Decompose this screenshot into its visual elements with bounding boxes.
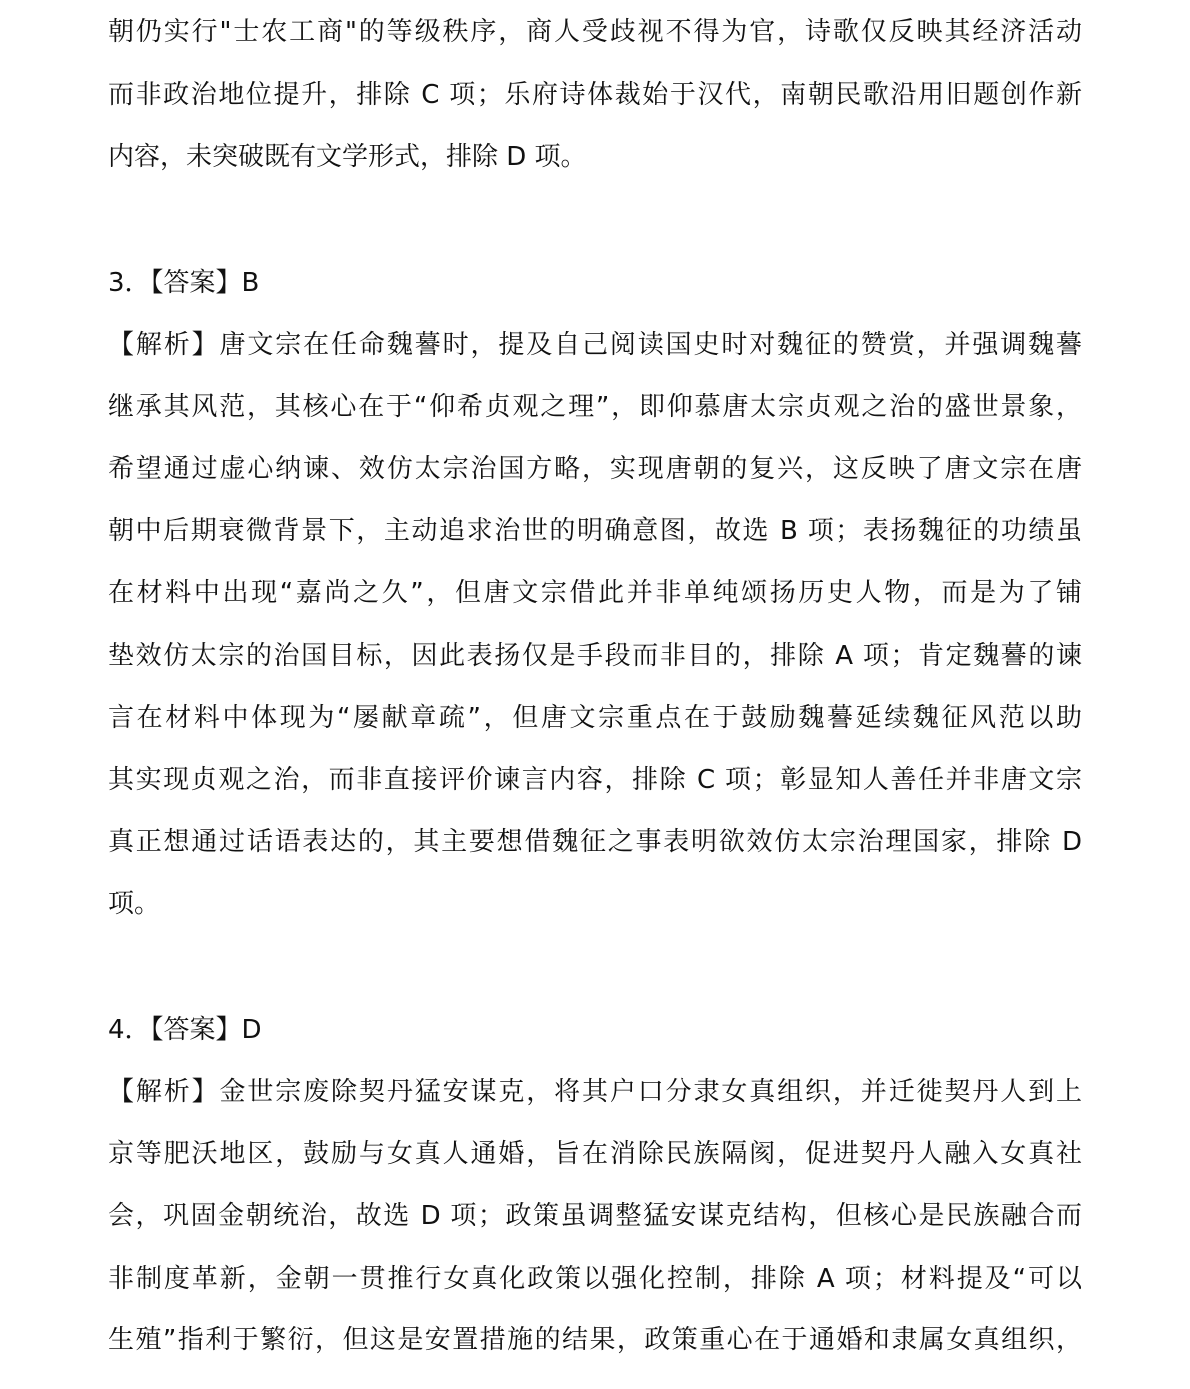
document-page: 朝仍实行"士农工商"的等级秩序，商人受歧视不得为官，诗歌仅反映其经济活动 而非政…	[0, 0, 1190, 1389]
analysis-line: 【解析】唐文宗在任命魏謩时，提及自己阅读国史时对魏征的赞赏，并强调魏謩	[108, 325, 1082, 365]
analysis-line: 继承其风范，其核心在于“仰希贞观之理”，即仰慕唐太宗贞观之治的盛世景象，	[108, 387, 1082, 427]
analysis-line: 垫效仿太宗的治国目标，因此表扬仅是手段而非目的，排除 A 项；肯定魏謩的谏	[108, 636, 1082, 676]
paragraph-line: 内容，未突破既有文学形式，排除 D 项。	[108, 137, 1082, 177]
paragraph-line: 而非政治地位提升，排除 C 项；乐府诗体裁始于汉代，南朝民歌沿用旧题创作新	[108, 75, 1082, 115]
analysis-line: 非制度革新，金朝一贯推行女真化政策以强化控制，排除 A 项；材料提及“可以	[108, 1259, 1082, 1299]
paragraph-line: 朝仍实行"士农工商"的等级秩序，商人受歧视不得为官，诗歌仅反映其经济活动	[108, 12, 1082, 52]
analysis-line: 其实现贞观之治，而非直接评价谏言内容，排除 C 项；彰显知人善任并非唐文宗	[108, 760, 1082, 800]
analysis-line: 朝中后期衰微背景下，主动追求治世的明确意图，故选 B 项；表扬魏征的功绩虽	[108, 511, 1082, 551]
analysis-line: 希望通过虚心纳谏、效仿太宗治国方略，实现唐朝的复兴，这反映了唐文宗在唐	[108, 449, 1082, 489]
analysis-line: 在材料中出现“嘉尚之久”，但唐文宗借此并非单纯颂扬历史人物，而是为了铺	[108, 573, 1082, 613]
analysis-line: 真正想通过话语表达的，其主要想借魏征之事表明欲效仿太宗治理国家，排除 D	[108, 822, 1082, 862]
analysis-line: 生殖”指利于繁衍，但这是安置措施的结果，政策重心在于通婚和隶属女真组织，	[108, 1320, 1082, 1360]
analysis-line: 京等肥沃地区，鼓励与女真人通婚，旨在消除民族隔阂，促进契丹人融入女真社	[108, 1134, 1082, 1174]
analysis-line: 会，巩固金朝统治，故选 D 项；政策虽调整猛安谋克结构，但核心是民族融合而	[108, 1196, 1082, 1236]
analysis-line: 项。	[108, 884, 1082, 924]
analysis-line: 【解析】金世宗废除契丹猛安谋克，将其户口分隶女真组织，并迁徙契丹人到上	[108, 1072, 1082, 1112]
answer-heading-4: 4．【答案】D	[108, 1010, 1082, 1050]
answer-heading-3: 3．【答案】B	[108, 263, 1082, 303]
analysis-line: 言在材料中体现为“屡献章疏”，但唐文宗重点在于鼓励魏謩延续魏征风范以助	[108, 698, 1082, 738]
